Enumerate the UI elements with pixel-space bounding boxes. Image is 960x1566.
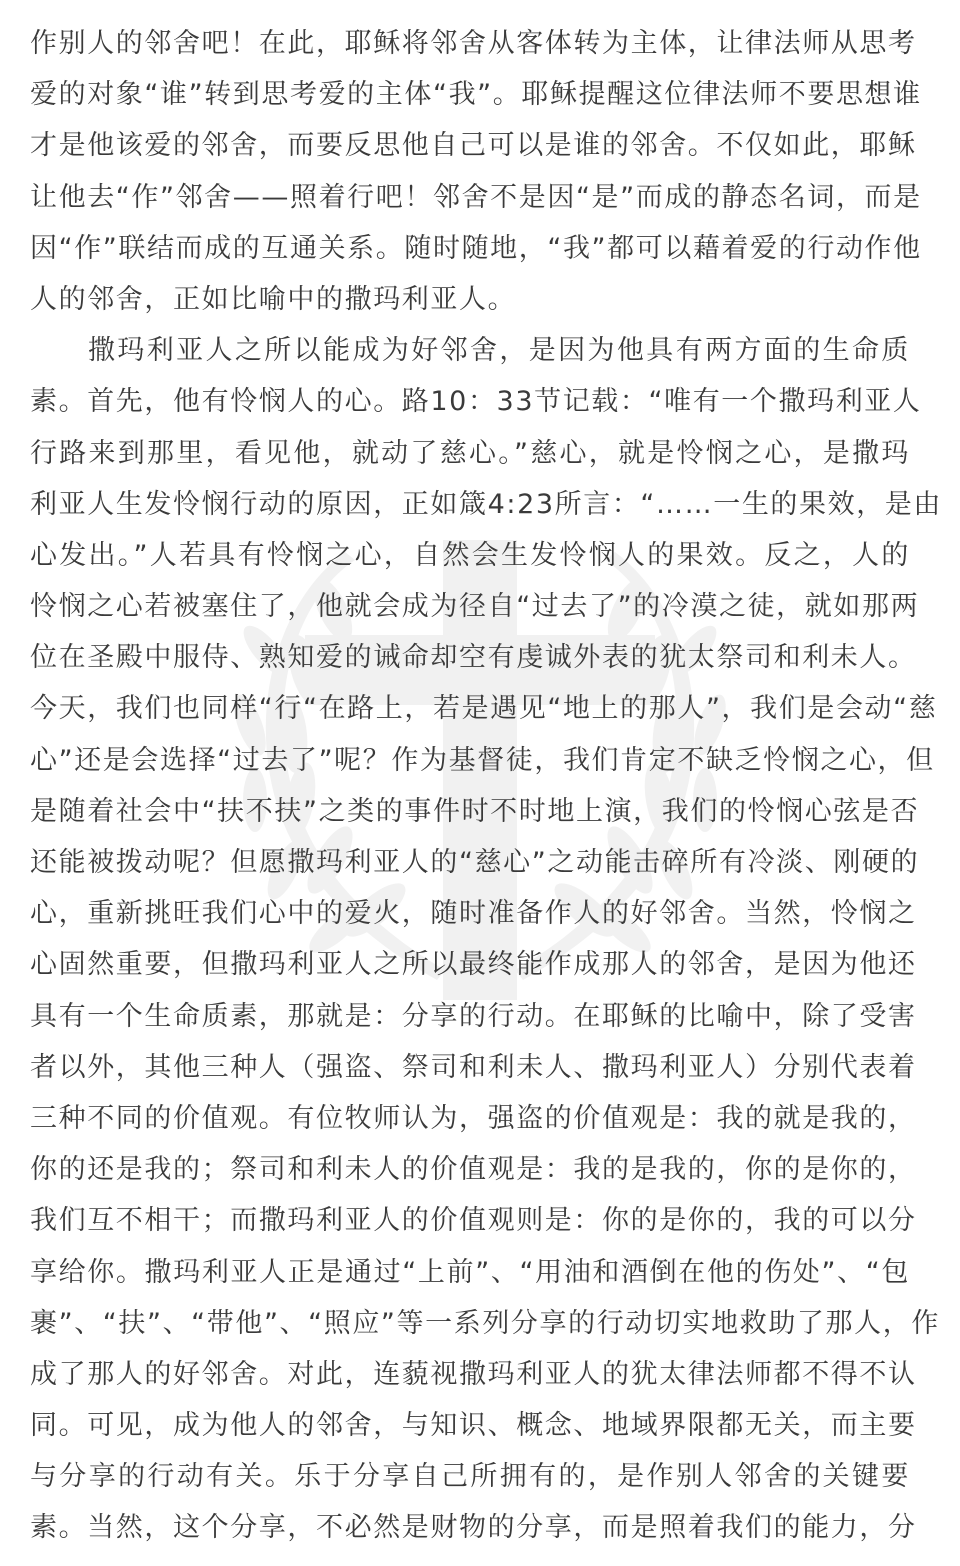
text-line: 人的邻舍，正如比喻中的撒玛利亚人。 <box>30 274 910 325</box>
text-line: 者以外，其他三种人（强盗、祭司和利未人、撒玛利亚人）分别代表着 <box>30 1042 910 1093</box>
text-line: 素。首先，他有怜悯人的心。路10：33节记载：“唯有一个撒玛利亚人 <box>30 376 910 427</box>
text-line: 素。当然，这个分享，不必然是财物的分享，而是照着我们的能力，分 <box>30 1502 910 1553</box>
text-line: 行路来到那里，看见他，就动了慈心。”慈心，就是怜悯之心，是撒玛 <box>30 428 910 479</box>
paragraph-1: 作别人的邻舍吧！在此，耶稣将邻舍从客体转为主体，让律法师从思考 爱的对象“谁”转… <box>30 18 910 325</box>
text-line: 三种不同的价值观。有位牧师认为，强盗的价值观是：我的就是我的， <box>30 1093 910 1144</box>
paragraph-2: 撒玛利亚人之所以能成为好邻舍，是因为他具有两方面的生命质 素。首先，他有怜悯人的… <box>30 325 910 1554</box>
text-line: 撒玛利亚人之所以能成为好邻舍，是因为他具有两方面的生命质 <box>30 325 910 376</box>
text-line: 怜悯之心若被塞住了，他就会成为径自“过去了”的冷漠之徒，就如那两 <box>30 581 910 632</box>
text-line: 作别人的邻舍吧！在此，耶稣将邻舍从客体转为主体，让律法师从思考 <box>30 18 910 69</box>
text-line: 还能被拨动呢？但愿撒玛利亚人的“慈心”之动能击碎所有冷淡、刚硬的 <box>30 837 910 888</box>
text-line: 享给你。撒玛利亚人正是通过“上前”、“用油和酒倒在他的伤处”、“包 <box>30 1247 910 1298</box>
text-line: 心”还是会选择“过去了”呢？作为基督徒，我们肯定不缺乏怜悯之心，但 <box>30 735 910 786</box>
text-line: 与分享的行动有关。乐于分享自己所拥有的，是作别人邻舍的关键要 <box>30 1451 910 1502</box>
text-line: 是随着社会中“扶不扶”之类的事件时不时地上演，我们的怜悯心弦是否 <box>30 786 910 837</box>
text-line: 裹”、“扶”、“带他”、“照应”等一系列分享的行动切实地救助了那人，作 <box>30 1298 910 1349</box>
text-line: 心固然重要，但撒玛利亚人之所以最终能作成那人的邻舍，是因为他还 <box>30 939 910 990</box>
text-line: 让他去“作”邻舍——照着行吧！邻舍不是因“是”而成的静态名词，而是 <box>30 172 910 223</box>
text-line: 具有一个生命质素，那就是：分享的行动。在耶稣的比喻中，除了受害 <box>30 991 910 1042</box>
text-line: 利亚人生发怜悯行动的原因，正如箴4:23所言：“……一生的果效，是由 <box>30 479 910 530</box>
text-line: 心，重新挑旺我们心中的爱火，随时准备作人的好邻舍。当然，怜悯之 <box>30 888 910 939</box>
text-line: 我们互不相干；而撒玛利亚人的价值观则是：你的是你的，我的可以分 <box>30 1195 910 1246</box>
text-line: 心发出。”人若具有怜悯之心，自然会生发怜悯人的果效。反之，人的 <box>30 530 910 581</box>
text-line: 才是他该爱的邻舍，而要反思他自己可以是谁的邻舍。不仅如此，耶稣 <box>30 120 910 171</box>
text-line: 成了那人的好邻舍。对此，连藐视撒玛利亚人的犹太律法师都不得不认 <box>30 1349 910 1400</box>
text-line: 你的还是我的；祭司和利未人的价值观是：我的是我的，你的是你的， <box>30 1144 910 1195</box>
text-line: 位在圣殿中服侍、熟知爱的诫命却空有虔诚外表的犹太祭司和利未人。 <box>30 632 910 683</box>
text-line: 今天，我们也同样“行“在路上，若是遇见“地上的那人”，我们是会动“慈 <box>30 683 910 734</box>
text-line: 爱的对象“谁”转到思考爱的主体“我”。耶稣提醒这位律法师不要思想谁 <box>30 69 910 120</box>
text-line: 同。可见，成为他人的邻舍，与知识、概念、地域界限都无关，而主要 <box>30 1400 910 1451</box>
article-body: 作别人的邻舍吧！在此，耶稣将邻舍从客体转为主体，让律法师从思考 爱的对象“谁”转… <box>30 18 910 1554</box>
text-line: 因“作”联结而成的互通关系。随时随地，“我”都可以藉着爱的行动作他 <box>30 223 910 274</box>
